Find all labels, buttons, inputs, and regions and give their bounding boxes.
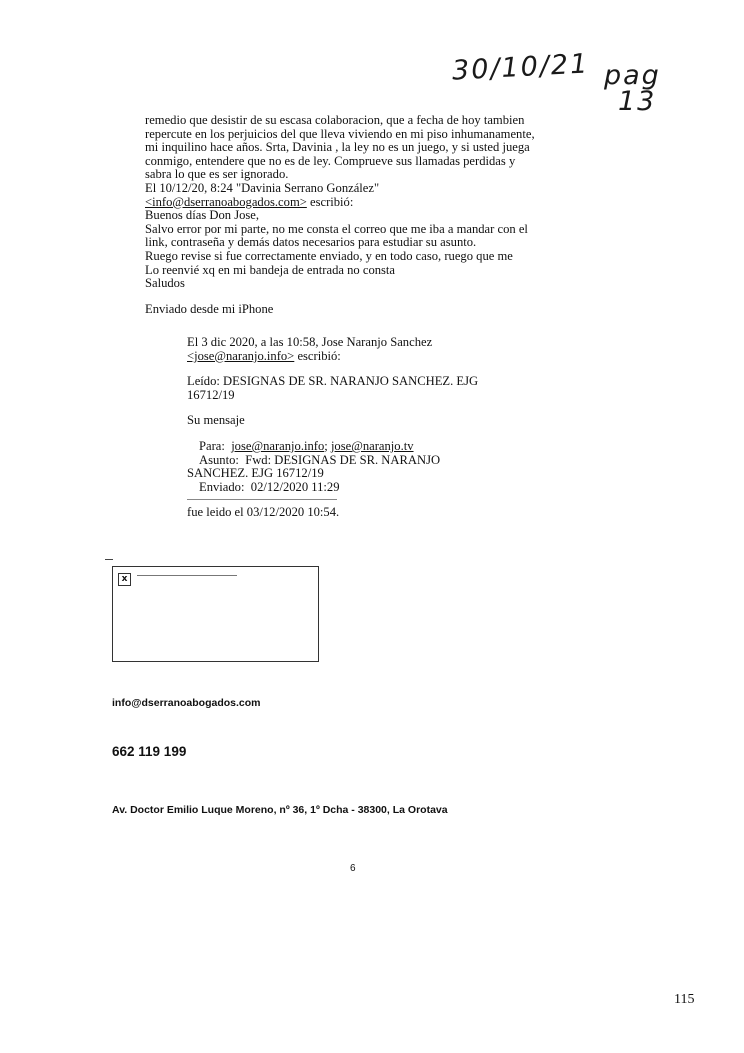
reply-line: Salvo error por mi parte, no me consta e… bbox=[145, 223, 545, 237]
asunto-line: Asunto: Fwd: DESIGNAS DE SR. NARANJO bbox=[187, 454, 547, 468]
inner-page-number: 6 bbox=[350, 863, 356, 874]
image-placeholder: x bbox=[112, 566, 319, 662]
body-line: mi inquilino hace años. Srta, Davinia , … bbox=[145, 141, 545, 155]
signature-address: Av. Doctor Emilio Luque Moreno, nº 36, 1… bbox=[112, 804, 448, 816]
read-notice: fue leido el 03/12/2020 10:54. bbox=[187, 506, 547, 520]
reply-line: Saludos bbox=[145, 277, 545, 291]
reply-line: Buenos días Don Jose, bbox=[145, 209, 545, 223]
su-mensaje-label: Su mensaje bbox=[187, 414, 547, 428]
folio-number: 115 bbox=[674, 992, 694, 1008]
reply-line: link, contraseña y demás datos necesario… bbox=[145, 236, 545, 250]
enviado-line: Enviado: 02/12/2020 11:29 bbox=[187, 481, 547, 495]
para-email-link-1[interactable]: jose@naranjo.info bbox=[231, 439, 324, 453]
quoted-subject: Leído: DESIGNAS DE SR. NARANJO SANCHEZ. … bbox=[187, 375, 547, 389]
divider bbox=[187, 499, 337, 500]
signature-phone: 662 119 199 bbox=[112, 744, 186, 759]
reply-line: Ruego revise si fue correctamente enviad… bbox=[145, 250, 545, 264]
sent-from-signature: Enviado desde mi iPhone bbox=[145, 303, 545, 317]
broken-image-icon: x bbox=[118, 573, 131, 586]
handwritten-page-number: 13 bbox=[618, 86, 656, 117]
para-email-link-2[interactable]: jose@naranjo.tv bbox=[331, 439, 414, 453]
quoted-message: El 3 dic 2020, a las 10:58, Jose Naranjo… bbox=[187, 336, 547, 520]
quoted-header: El 3 dic 2020, a las 10:58, Jose Naranjo… bbox=[187, 336, 547, 350]
asunto-line-cont: SANCHEZ. EJG 16712/19 bbox=[187, 467, 547, 481]
reply-header: El 10/12/20, 8:24 "Davinia Serrano Gonzá… bbox=[145, 182, 545, 196]
body-line: repercute en los perjuicios del que llev… bbox=[145, 128, 545, 142]
email-body: remedio que desistir de su escasa colabo… bbox=[145, 114, 545, 316]
quoted-sender-email-link[interactable]: <jose@naranjo.info> bbox=[187, 349, 294, 363]
para-line: Para: jose@naranjo.info; jose@naranjo.tv bbox=[187, 440, 547, 454]
quoted-subject-cont: 16712/19 bbox=[187, 389, 547, 403]
dash-mark bbox=[105, 559, 113, 560]
reply-header-email-line: <info@dserranoabogados.com> escribió: bbox=[145, 196, 545, 210]
alt-text-line bbox=[137, 575, 237, 576]
body-line: conmigo, entendere que no es de ley. Com… bbox=[145, 155, 545, 169]
handwritten-date: 30/10/21 bbox=[451, 48, 590, 86]
signature-email[interactable]: info@dserranoabogados.com bbox=[112, 697, 261, 709]
reply-line: Lo reenvié xq en mi bandeja de entrada n… bbox=[145, 264, 545, 278]
quoted-header-email-line: <jose@naranjo.info> escribió: bbox=[187, 350, 547, 364]
body-line: sabra lo que es ser ignorado. bbox=[145, 168, 545, 182]
body-line: remedio que desistir de su escasa colabo… bbox=[145, 114, 545, 128]
reply-sender-email-link[interactable]: <info@dserranoabogados.com> bbox=[145, 195, 307, 209]
